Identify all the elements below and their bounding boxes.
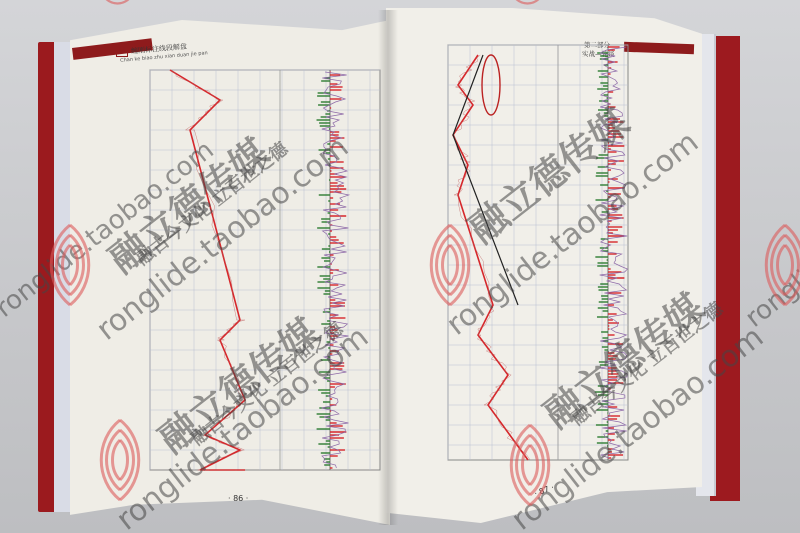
page-edges-left bbox=[54, 42, 72, 512]
chapter-icon: 日 bbox=[116, 44, 128, 57]
left-stock-chart bbox=[150, 70, 390, 470]
right-stock-chart bbox=[448, 45, 648, 465]
left-page-number: · 86 · bbox=[228, 494, 248, 503]
